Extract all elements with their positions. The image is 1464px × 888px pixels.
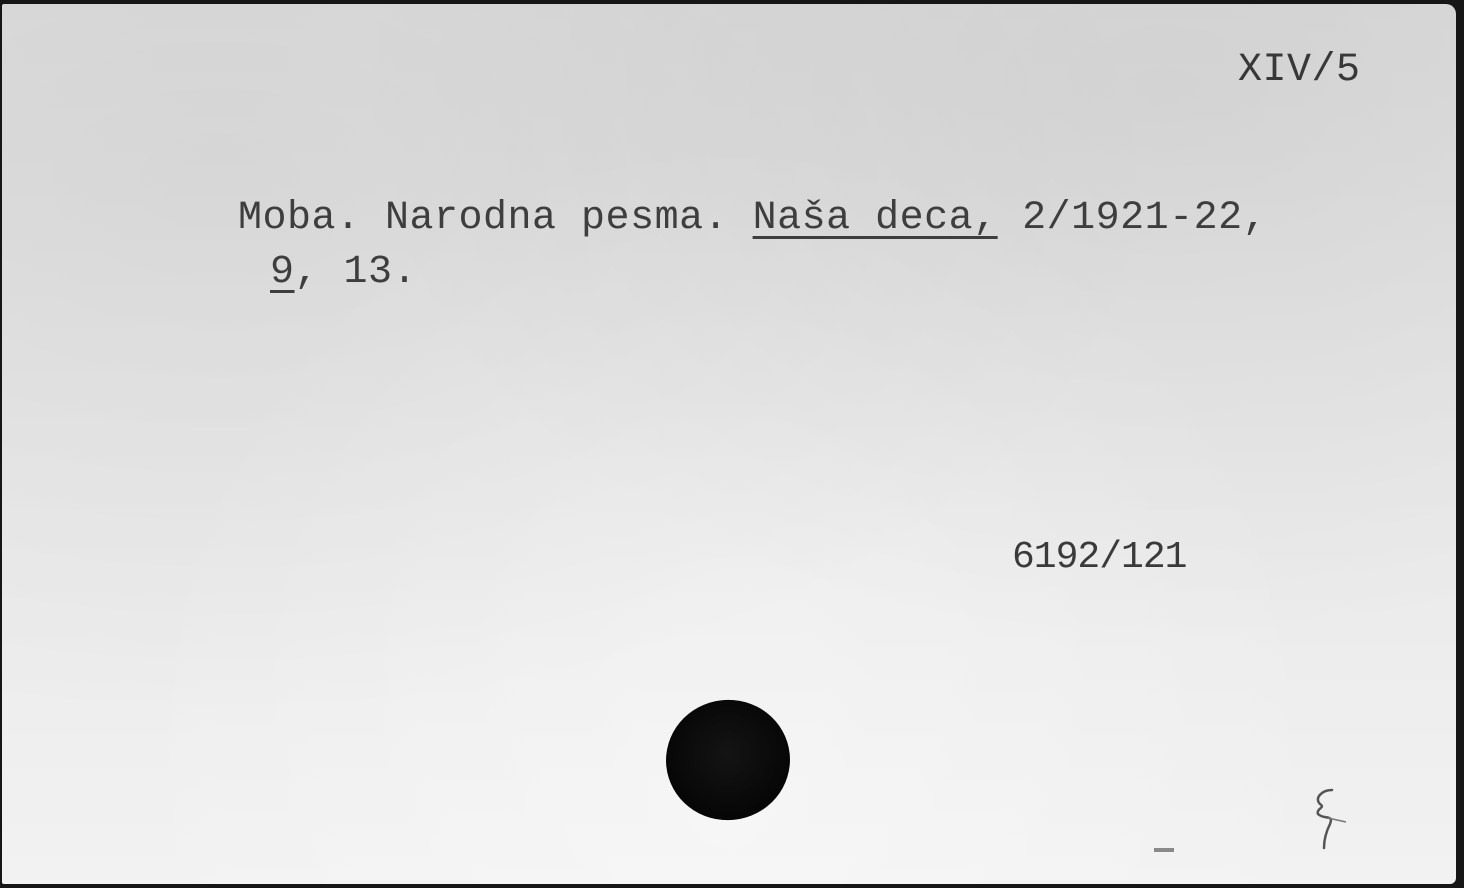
call-number: XIV/5 bbox=[1238, 48, 1361, 93]
entry-line-2: 9, 13. bbox=[270, 250, 417, 295]
handwritten-mark-icon bbox=[1302, 784, 1362, 854]
entry-title-text: Moba. Narodna pesma. bbox=[238, 196, 753, 241]
entry-line-1: Moba. Narodna pesma. Naša deca, 2/1921-2… bbox=[238, 196, 1267, 241]
smudge-mark bbox=[1154, 848, 1174, 852]
page-number: , 13. bbox=[295, 250, 418, 295]
volume-year: 2/1921-22, bbox=[998, 196, 1268, 241]
issue-number: 9 bbox=[270, 250, 295, 295]
journal-title: Naša deca, bbox=[753, 196, 998, 241]
catalog-card: XIV/5 Moba. Narodna pesma. Naša deca, 2/… bbox=[2, 4, 1456, 884]
accession-number: 6192/121 bbox=[1012, 536, 1186, 579]
punch-hole bbox=[660, 694, 796, 827]
